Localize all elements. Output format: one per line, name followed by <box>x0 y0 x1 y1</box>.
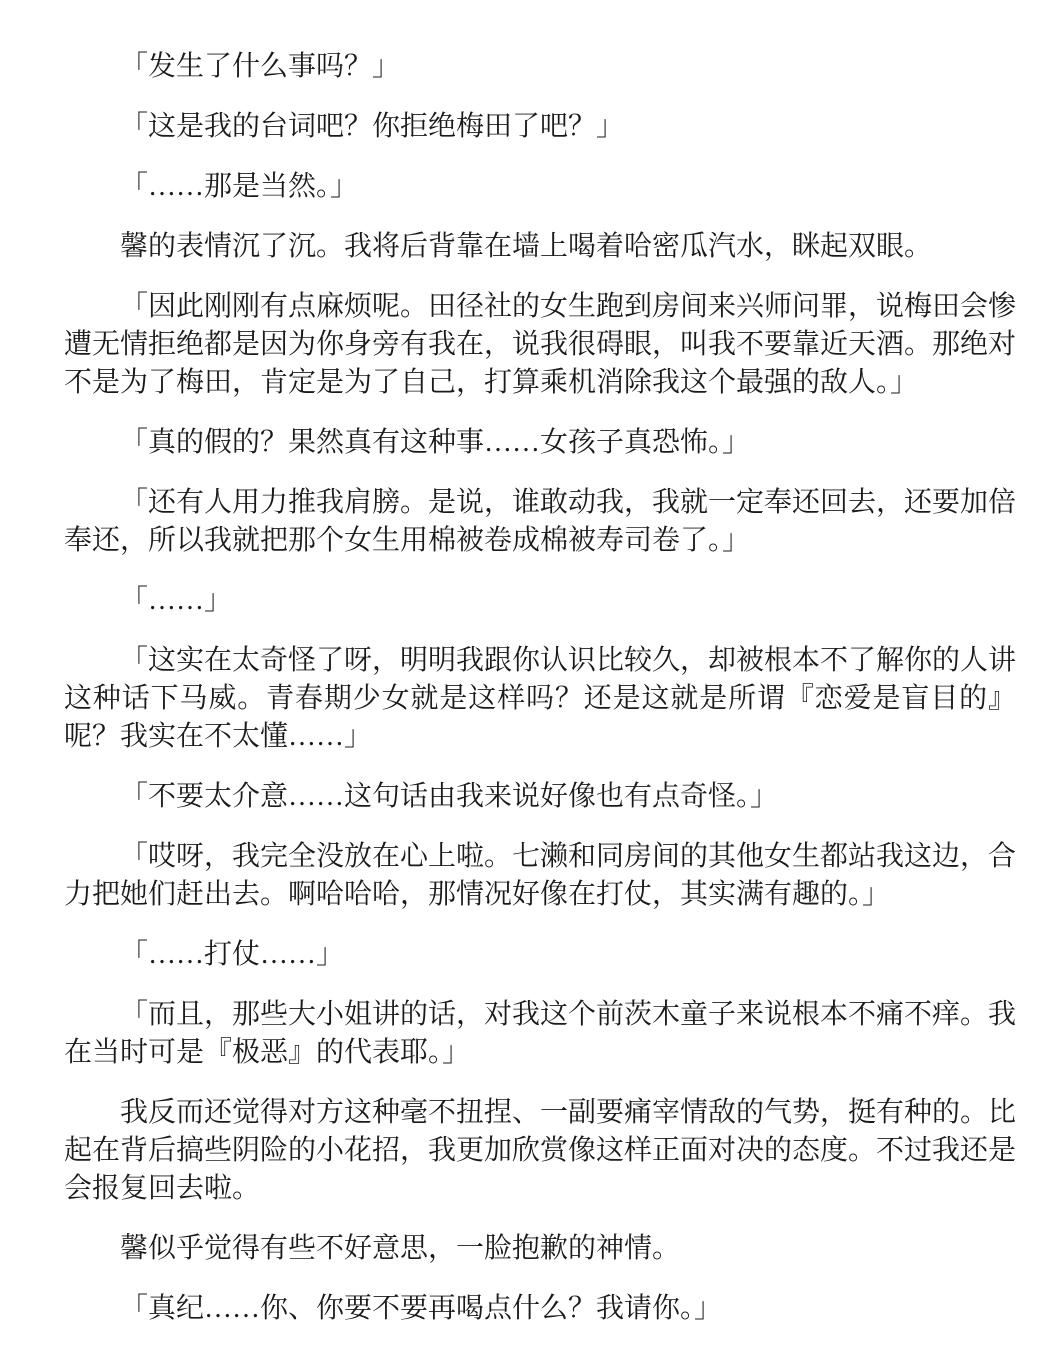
paragraph: 「哎呀，我完全没放在心上啦。七濑和同房间的其他女生都站我这边，合力把她们赶出去。… <box>64 838 1016 914</box>
paragraph: 「真纪……你、你要不要再喝点什么？我请你。」 <box>64 1290 1016 1328</box>
paragraph: 「因此刚刚有点麻烦呢。田径社的女生跑到房间来兴师问罪，说梅田会惨遭无情拒绝都是因… <box>64 288 1016 402</box>
paragraph: 「还有人用力推我肩膀。是说，谁敢动我，我就一定奉还回去，还要加倍奉还，所以我就把… <box>64 484 1016 560</box>
novel-page: 「发生了什么事吗？」 「这是我的台词吧？你拒绝梅田了吧？」 「……那是当然。」 … <box>0 0 1046 1354</box>
paragraph: 「……」 <box>64 582 1016 620</box>
paragraph: 「……打仗……」 <box>64 936 1016 974</box>
paragraph: 「不要太介意……这句话由我来说好像也有点奇怪。」 <box>64 778 1016 816</box>
paragraph: 「而且，那些大小姐讲的话，对我这个前茨木童子来说根本不痛不痒。我在当时可是『极恶… <box>64 996 1016 1072</box>
paragraph: 馨的表情沉了沉。我将后背靠在墙上喝着哈密瓜汽水，眯起双眼。 <box>64 228 1016 266</box>
paragraph: 「发生了什么事吗？」 <box>64 48 1016 86</box>
paragraph: 馨似乎觉得有些不好意思，一脸抱歉的神情。 <box>64 1230 1016 1268</box>
paragraph: 「……那是当然。」 <box>64 168 1016 206</box>
paragraph: 「真的假的？果然真有这种事……女孩子真恐怖。」 <box>64 424 1016 462</box>
paragraph: 「这是我的台词吧？你拒绝梅田了吧？」 <box>64 108 1016 146</box>
paragraph: 「这实在太奇怪了呀，明明我跟你认识比较久，却被根本不了解你的人讲这种话下马威。青… <box>64 642 1016 756</box>
paragraph: 我反而还觉得对方这种毫不扭捏、一副要痛宰情敌的气势，挺有种的。比起在背后搞些阴险… <box>64 1094 1016 1208</box>
